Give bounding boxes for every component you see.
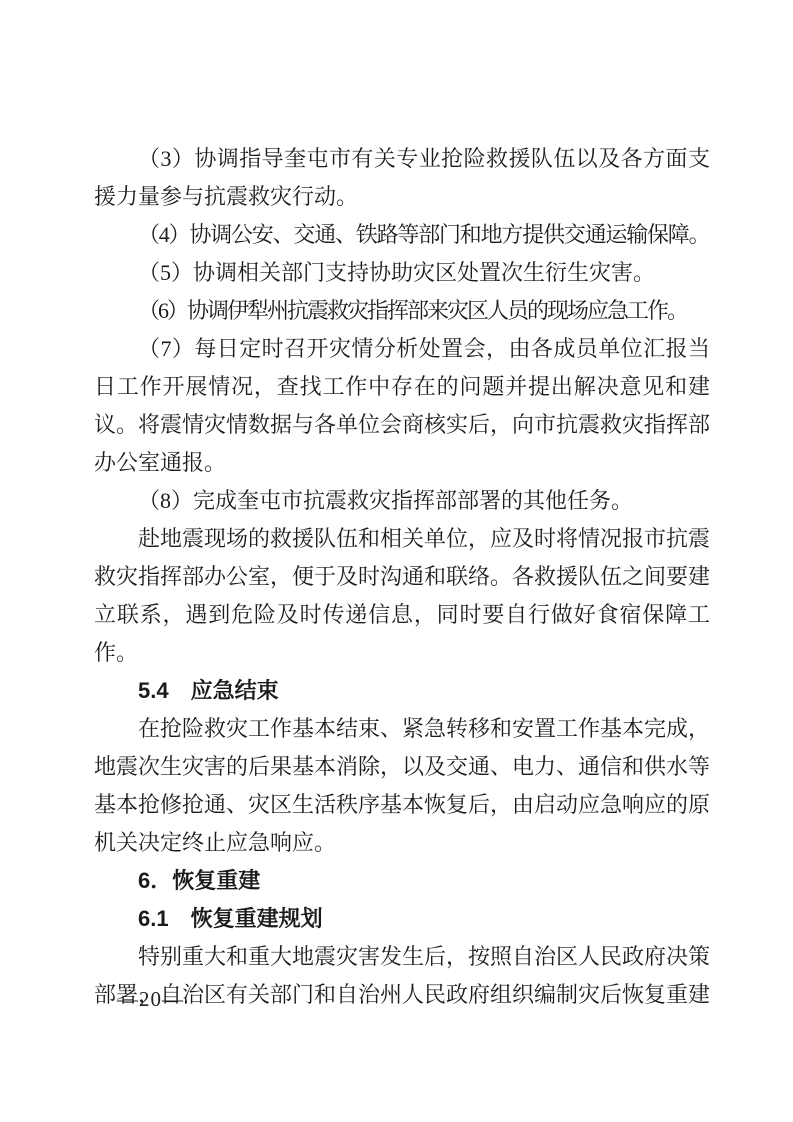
paragraph-rescue-teams: 赴地震现场的救援队伍和相关单位，应及时将情况报市抗震救灾指挥部办公室，便于及时沟… — [94, 520, 710, 672]
page-number: —20— — [117, 986, 184, 1012]
paragraph-reconstruction: 特别重大和重大地震灾害发生后，按照自治区人民政府决策部署，自治区有关部门和自治州… — [94, 938, 710, 1014]
paragraph-item-7: （7）每日定时召开灾情分析处置会，由各成员单位汇报当日工作开展情况，查找工作中存… — [94, 330, 710, 482]
paragraph-emergency-end: 在抢险救灾工作基本结束、紧急转移和安置工作基本完成，地震次生灾害的后果基本消除，… — [94, 710, 710, 862]
paragraph-item-4: （4）协调公安、交通、铁路等部门和地方提供交通运输保障。 — [94, 216, 710, 254]
paragraph-item-5: （5）协调相关部门支持协助灾区处置次生衍生灾害。 — [94, 254, 710, 292]
section-heading-6-1: 6.1 恢复重建规划 — [94, 900, 710, 938]
document-page: （3）协调指导奎屯市有关专业抢险救援队伍以及各方面支援力量参与抗震救灾行动。 （… — [0, 0, 793, 1122]
paragraph-item-8: （8）完成奎屯市抗震救灾指挥部部署的其他任务。 — [94, 482, 710, 520]
section-heading-5-4: 5.4 应急结束 — [94, 672, 710, 710]
section-heading-6: 6．恢复重建 — [94, 862, 710, 900]
document-body: （3）协调指导奎屯市有关专业抢险救援队伍以及各方面支援力量参与抗震救灾行动。 （… — [94, 140, 710, 1014]
paragraph-item-6: （6）协调伊犁州抗震救灾指挥部来灾区人员的现场应急工作。 — [94, 292, 710, 330]
paragraph-item-3: （3）协调指导奎屯市有关专业抢险救援队伍以及各方面支援力量参与抗震救灾行动。 — [94, 140, 710, 216]
